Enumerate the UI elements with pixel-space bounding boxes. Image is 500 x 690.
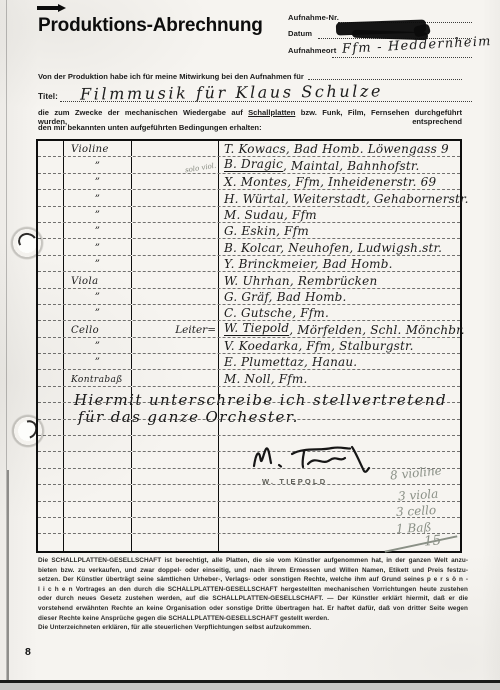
instrument-cell: ” bbox=[64, 223, 132, 238]
fine-print-line: dieser Rechte keine Ansprüche gegen die … bbox=[38, 614, 468, 624]
row-number-cell bbox=[38, 157, 64, 172]
scanned-document-page: Produktions-Abrechnung Aufnahme-Nr. Datu… bbox=[0, 0, 500, 690]
name-cell: G. Eskin, Ffm bbox=[219, 223, 460, 238]
row-number-cell bbox=[38, 370, 64, 385]
name-cell: E. Plumettaz, Hanau. bbox=[219, 354, 460, 369]
note-cell: Leiter= bbox=[132, 321, 219, 336]
page-number: 8 bbox=[25, 646, 31, 658]
name-cell: M. Sudau, Ffm bbox=[219, 207, 460, 222]
fine-print-line: bieten bzw. zu verkaufen, und zwar doppe… bbox=[38, 566, 468, 576]
instrument-cell: ” bbox=[64, 239, 132, 254]
instrument-cell: ” bbox=[64, 157, 132, 172]
instrument-cell: Viola bbox=[64, 272, 132, 287]
row-number-cell bbox=[38, 256, 64, 271]
titel-label: Titel: bbox=[38, 92, 58, 101]
table-row-empty bbox=[38, 485, 460, 501]
page-title: Produktions-Abrechnung bbox=[38, 15, 263, 37]
name-cell: C. Gutsche, Ffm. bbox=[219, 305, 460, 320]
scan-margin-bottom bbox=[0, 683, 500, 690]
table-row: KontrabaßM. Noll, Ffm. bbox=[38, 370, 460, 386]
table-row: ViolaW. Uhrhan, Rembrücken bbox=[38, 272, 460, 288]
name-cell: B. Kolcar, Neuhofen, Ludwigsh.str. bbox=[219, 239, 460, 254]
note-cell bbox=[132, 305, 219, 320]
table-row: ”H. Würtal, Weiterstadt, Gehabornerstr. bbox=[38, 190, 460, 206]
note-cell bbox=[132, 190, 219, 205]
tally-total: 15 bbox=[423, 532, 441, 549]
table-row: ”M. Sudau, Ffm bbox=[38, 207, 460, 223]
note-cell bbox=[132, 354, 219, 369]
printed-signature-name: W. TIEPOLD bbox=[262, 477, 327, 486]
instrument-cell: ” bbox=[64, 190, 132, 205]
table-row: ”C. Gutsche, Ffm. bbox=[38, 305, 460, 321]
note-cell bbox=[132, 207, 219, 222]
row-number-cell bbox=[38, 338, 64, 353]
instrument-cell: ” bbox=[64, 256, 132, 271]
instrument-cell: ” bbox=[64, 338, 132, 353]
row-number-cell bbox=[38, 207, 64, 222]
instrument-cell: ” bbox=[64, 305, 132, 320]
intro-line1: Von der Produktion habe ich für meine Mi… bbox=[38, 72, 304, 81]
terms-fine-print: Die SCHALLPLATTEN-GESELLSCHAFT ist berec… bbox=[38, 556, 468, 633]
row-number-cell bbox=[38, 289, 64, 304]
tally-cellos: 3 cello bbox=[396, 503, 437, 519]
instrument-cell: ” bbox=[64, 354, 132, 369]
row-number-cell bbox=[38, 321, 64, 336]
schallplatten-underlined: Schallplatten bbox=[248, 108, 295, 117]
table-row: ”V. Koedarka, Ffm, Stalburgstr. bbox=[38, 338, 460, 354]
fine-print-line: setzen. Der Künstler überträgt seine säm… bbox=[38, 575, 468, 585]
intro-line1-leader bbox=[308, 79, 462, 80]
table-row: ”B. Kolcar, Neuhofen, Ludwigsh.str. bbox=[38, 239, 460, 255]
registration-arrow-head-icon bbox=[58, 4, 66, 12]
table-row: ”G. Gräf, Bad Homb. bbox=[38, 289, 460, 305]
name-cell: X. Montes, Ffm, Inheidenerstr. 69 bbox=[219, 174, 460, 189]
name-cell: W. Tiepold, Mörfelden, Schl. Mönchbr. bbox=[219, 321, 465, 336]
fine-print-line: Die Unterzeichneten erklären, für alle s… bbox=[38, 623, 468, 633]
instrument-cell: ” bbox=[64, 289, 132, 304]
table-row: ”G. Eskin, Ffm bbox=[38, 223, 460, 239]
table-row-empty bbox=[38, 420, 460, 436]
scan-edge-left-dark bbox=[7, 470, 9, 682]
name-cell: H. Würtal, Weiterstadt, Gehabornerstr. bbox=[219, 190, 469, 205]
note-cell: solo viol. bbox=[132, 157, 219, 172]
note-cell bbox=[132, 174, 219, 189]
row-number-cell bbox=[38, 272, 64, 287]
fine-print-line: Die SCHALLPLATTEN-GESELLSCHAFT ist berec… bbox=[38, 556, 468, 566]
name-cell: B. Dragic, Maintal, Bahnhofstr. bbox=[219, 157, 460, 172]
table-row: ViolineT. Kowacs, Bad Homb. Löwengass 9 bbox=[38, 141, 460, 157]
table-row-empty bbox=[38, 403, 460, 419]
datum-label: Datum bbox=[288, 29, 312, 38]
instrument-cell: Cello bbox=[64, 321, 132, 336]
row-number-cell bbox=[38, 305, 64, 320]
name-cell: M. Noll, Ffm. bbox=[219, 370, 460, 385]
fine-print-line: vorstehend erwähnten Rechte an keine Org… bbox=[38, 604, 468, 614]
name-cell: G. Gräf, Bad Homb. bbox=[219, 289, 460, 304]
row-number-cell bbox=[38, 141, 64, 156]
note-cell bbox=[132, 272, 219, 287]
note-cell bbox=[132, 289, 219, 304]
table-row: ”X. Montes, Ffm, Inheidenerstr. 69 bbox=[38, 174, 460, 190]
row-number-cell bbox=[38, 190, 64, 205]
redaction-scribble bbox=[413, 23, 431, 38]
instrument-cell: ” bbox=[64, 207, 132, 222]
name-cell: W. Uhrhan, Rembrücken bbox=[219, 272, 460, 287]
table-row-empty bbox=[38, 387, 460, 403]
leiter-note: Leiter= bbox=[175, 324, 216, 336]
tally-violas: 3 viola bbox=[398, 487, 439, 504]
intro-line3: den mir bekannten unten aufgeführten Bed… bbox=[38, 123, 262, 132]
name-cell: Y. Brinckmeier, Bad Homb. bbox=[219, 256, 460, 271]
row-number-cell bbox=[38, 223, 64, 238]
note-cell bbox=[132, 223, 219, 238]
instrument-cell: ” bbox=[64, 174, 132, 189]
titel-value: Filmmusik für Klaus Schulze bbox=[80, 81, 383, 103]
solo-violin-note: solo viol. bbox=[184, 163, 216, 174]
fine-print-line: l i c h e n Vortrages an den durch die S… bbox=[38, 585, 468, 595]
signature bbox=[248, 440, 380, 476]
table-row: ”solo viol.B. Dragic, Maintal, Bahnhofst… bbox=[38, 157, 460, 173]
registration-arrow-mark bbox=[37, 6, 59, 10]
name-cell: V. Koedarka, Ffm, Stalburgstr. bbox=[219, 338, 460, 353]
note-cell bbox=[132, 338, 219, 353]
note-cell bbox=[132, 239, 219, 254]
row-number-cell bbox=[38, 239, 64, 254]
aufnahme-nr-label: Aufnahme-Nr. bbox=[288, 13, 339, 22]
row-number-cell bbox=[38, 174, 64, 189]
row-number-cell bbox=[38, 354, 64, 369]
note-cell bbox=[132, 256, 219, 271]
aufnahmeort-label: Aufnahmeort bbox=[288, 46, 336, 55]
note-cell bbox=[132, 370, 219, 385]
instrument-cell: Violine bbox=[64, 141, 132, 156]
name-cell: T. Kowacs, Bad Homb. Löwengass 9 bbox=[219, 141, 460, 156]
instrument-cell: Kontrabaß bbox=[64, 370, 132, 385]
table-row: ”E. Plumettaz, Hanau. bbox=[38, 354, 460, 370]
fine-print-line: oder durch neues Gesetz zustehen werden,… bbox=[38, 594, 468, 604]
table-row: CelloLeiter=W. Tiepold, Mörfelden, Schl.… bbox=[38, 321, 460, 337]
table-row: ”Y. Brinckmeier, Bad Homb. bbox=[38, 256, 460, 272]
note-cell bbox=[132, 141, 219, 156]
